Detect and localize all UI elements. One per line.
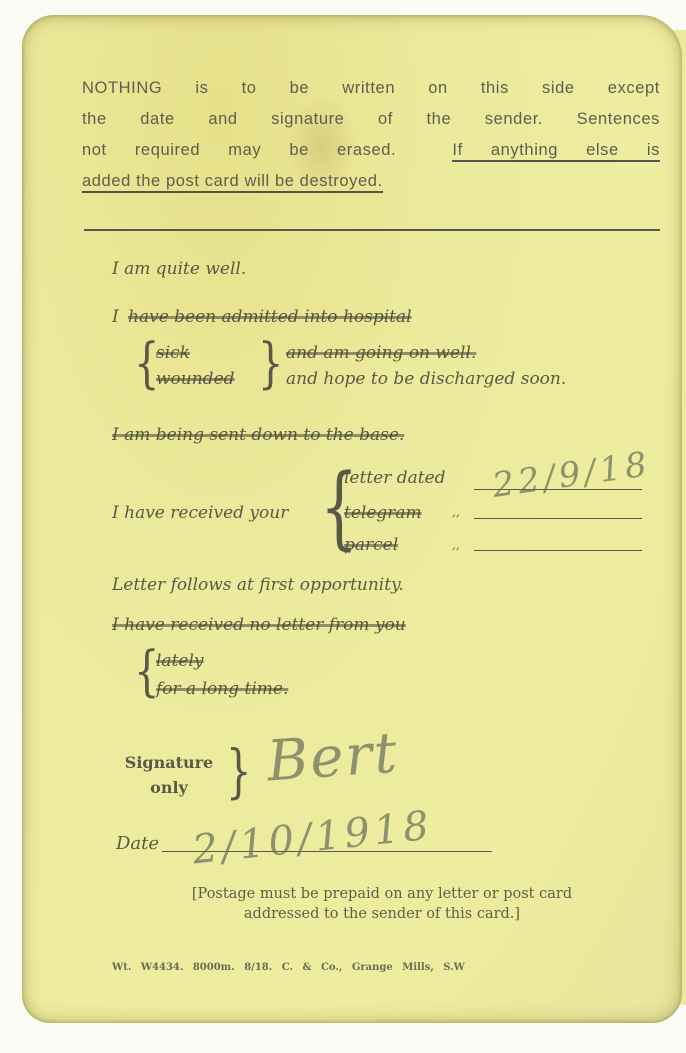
handwritten-signature: Bert [265, 720, 401, 794]
option-lately: lately [156, 651, 204, 671]
statement-base: I am being sent down to the base. [112, 425, 404, 445]
printer-imprint: Wt. W4434. 8000m. 8/18. C. & Co., Grange… [112, 962, 465, 973]
date-label: Date [116, 833, 159, 854]
statement-going-on-well: and am going on well. [286, 343, 476, 363]
warning-underlined-1: If anything else is [452, 141, 660, 162]
option-telegram: telegram [344, 503, 422, 523]
statement-hospital-prefix: I [112, 307, 119, 327]
parcel-date-line [474, 550, 642, 551]
notice-line-4: added the post card will be destroyed. [82, 166, 660, 197]
ditto-mark-2: ,, [452, 538, 460, 552]
statement-quite-well: I am quite well. [112, 259, 246, 279]
field-service-postcard: NOTHING is to be written on this side ex… [22, 15, 682, 1023]
notice-line-3: not required may be erased. If anything … [82, 135, 660, 166]
ditto-mark-1: ,, [452, 505, 460, 519]
right-brace: } [258, 337, 283, 391]
notice-line-2: the date and signature of the sender. Se… [82, 104, 660, 135]
postage-note: [Postage must be prepaid on any letter o… [142, 884, 622, 924]
notice-line-1: NOTHING is to be written on this side ex… [82, 73, 660, 104]
signature-brace: } [226, 743, 251, 801]
statement-received-your: I have received your [112, 503, 288, 523]
warning-underlined-2: added the post card will be destroyed. [82, 172, 383, 193]
notice-text: NOTHING is to be written on this side ex… [82, 73, 660, 197]
handwritten-letter-date: 22/9/18 [490, 444, 653, 506]
option-long-time: for a long time. [156, 679, 288, 699]
option-letter-dated: letter dated [344, 468, 446, 488]
statement-hospital: have been admitted into hospital [128, 307, 412, 327]
option-wounded: wounded [156, 369, 235, 389]
divider [84, 229, 660, 231]
telegram-date-line [474, 518, 642, 519]
handwritten-date: 2/10/1918 [190, 803, 435, 874]
statement-hope-discharged: and hope to be discharged soon. [286, 369, 566, 389]
option-sick: sick [156, 343, 190, 363]
signature-label: Signature only [114, 750, 224, 800]
statement-letter-follows: Letter follows at first opportunity. [112, 575, 404, 595]
statement-no-letter: I have received no letter from you [112, 615, 406, 635]
option-parcel: parcel [344, 535, 398, 555]
